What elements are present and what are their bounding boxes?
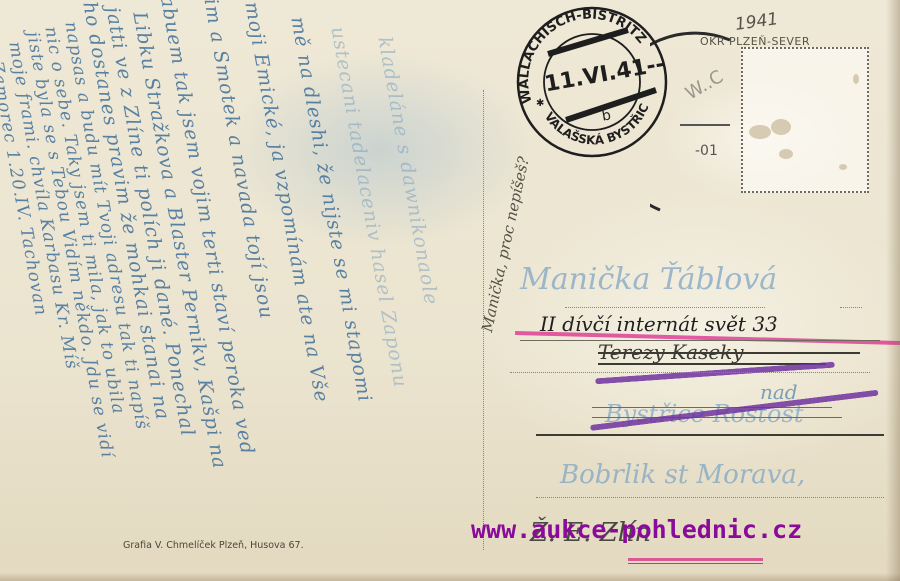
svg-text:W..C: W..C (682, 66, 727, 104)
address-dotline (840, 307, 862, 308)
address-line-1: Manička Ťáblová (520, 262, 777, 297)
svg-text:✱: ✱ (536, 98, 544, 109)
pen-strikethrough (598, 352, 860, 354)
address-dotline (536, 497, 884, 498)
watermark: www.aukce-pohlednic.cz (471, 515, 802, 544)
pen-strikethrough (536, 434, 884, 436)
address-line-6: Bobrlik st Morava, (560, 460, 805, 490)
pen-strikethrough (592, 407, 832, 408)
address-dotline (510, 372, 870, 373)
svg-text:-01: -01 (695, 143, 718, 159)
pencil-note: Manička, proc nepíšeš? (478, 155, 533, 334)
center-divider (483, 90, 484, 550)
message-area: Zabuem tak jsem vojim terti staví peroka… (0, 0, 480, 581)
printer-imprint: Grafia V. Chmelíček Plzeň, Husova 67. (123, 540, 304, 551)
postcard-back: Zabuem tak jsem vojim terti staví peroka… (0, 0, 900, 581)
card-edge (0, 573, 900, 581)
card-edge (886, 0, 900, 581)
address-dotline (565, 307, 765, 308)
stamp-box (741, 47, 869, 193)
pen-underline (628, 563, 763, 564)
pink-underline (628, 558, 763, 561)
purple-strikethrough (595, 362, 835, 385)
pen-strikethrough (592, 417, 842, 418)
